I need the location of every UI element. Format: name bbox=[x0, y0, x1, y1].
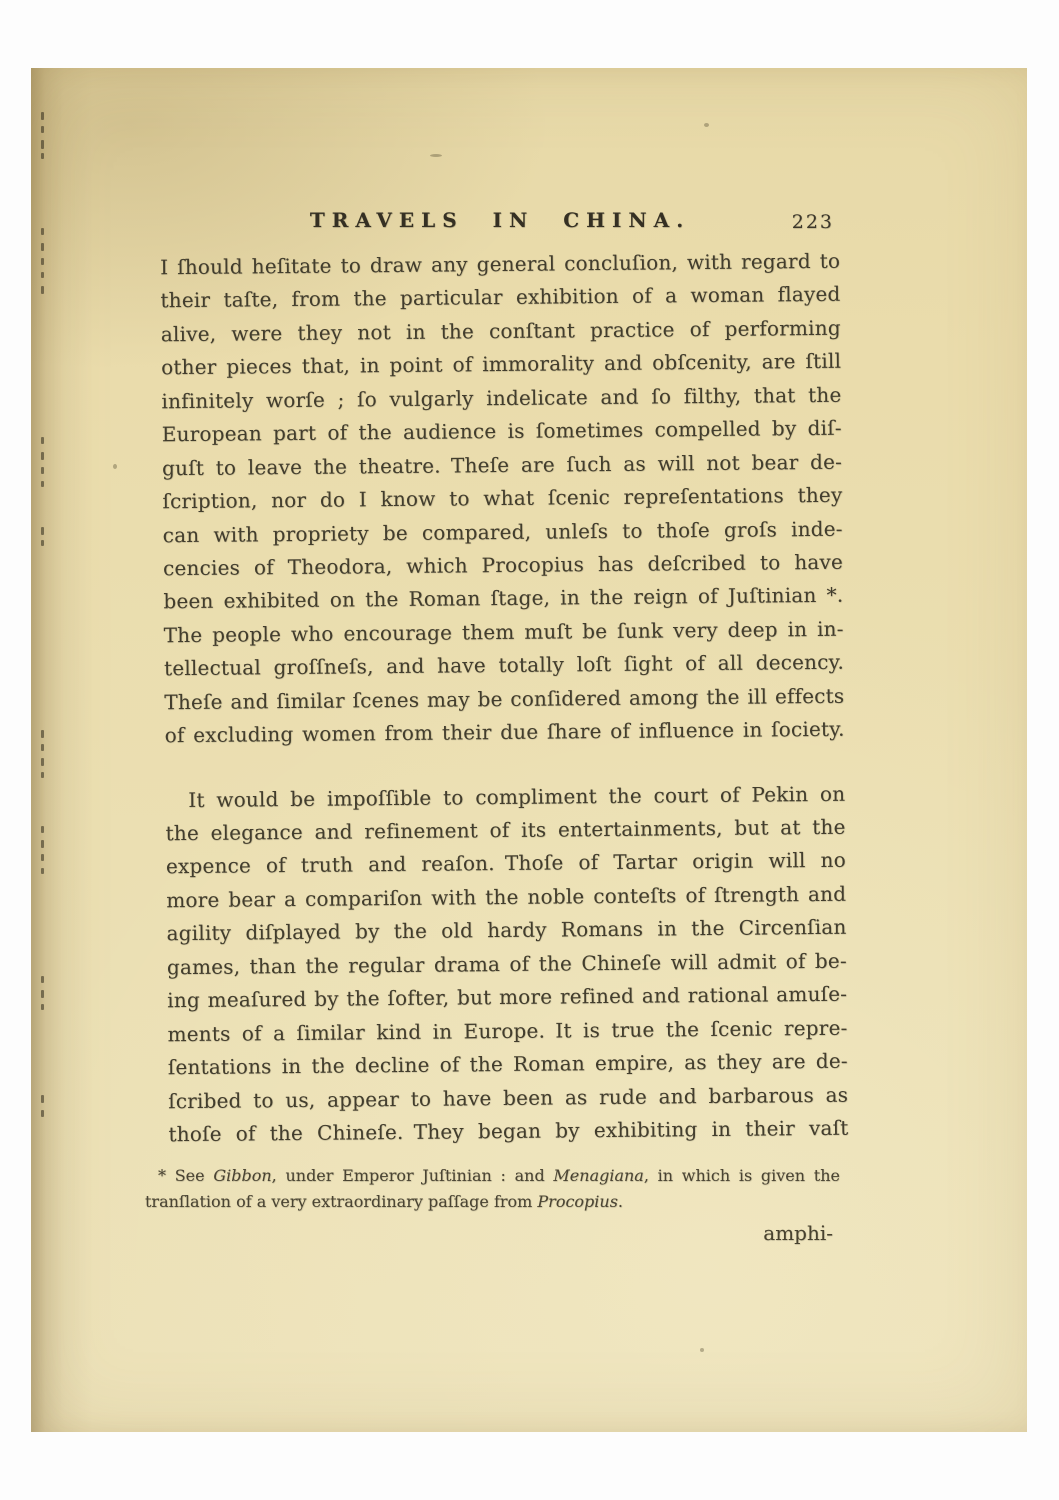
stitch-mark bbox=[41, 140, 44, 149]
stitch-mark bbox=[41, 730, 44, 738]
running-title: TRAVELS IN CHINA. bbox=[310, 208, 690, 232]
text-line: of excluding women from their due ſhare … bbox=[165, 713, 845, 753]
footnote-text: . bbox=[618, 1192, 623, 1211]
paper-speck bbox=[704, 123, 709, 127]
paper-speck bbox=[700, 1348, 704, 1352]
scan-background: TRAVELS IN CHINA. 223 I ſhould heſitate … bbox=[0, 0, 1059, 1500]
stitch-mark bbox=[41, 744, 44, 751]
stitch-mark bbox=[41, 1110, 44, 1117]
stitch-mark bbox=[41, 286, 44, 294]
footnote-italic-text: Menagiana bbox=[553, 1166, 643, 1185]
stitch-mark bbox=[41, 437, 44, 444]
paper-speck bbox=[113, 464, 117, 469]
scanned-book-page: TRAVELS IN CHINA. 223 I ſhould heſitate … bbox=[31, 68, 1027, 1432]
stitch-mark bbox=[41, 826, 44, 833]
footnote-line: tranſlation of a very extraordinary paſſ… bbox=[145, 1189, 840, 1215]
stitch-mark bbox=[41, 868, 44, 874]
body-text-block: I ſhould heſitate to draw any general co… bbox=[160, 245, 849, 1152]
stitch-mark bbox=[41, 228, 44, 235]
stitch-mark bbox=[41, 772, 44, 778]
stitch-mark bbox=[41, 126, 44, 133]
footnote-line: * See Gibbon, under Emperor Juſtinian : … bbox=[145, 1163, 840, 1189]
catchword: amphi- bbox=[763, 1221, 833, 1245]
stitch-mark bbox=[41, 481, 44, 487]
stitch-mark bbox=[41, 153, 44, 159]
stitch-mark bbox=[41, 467, 44, 474]
footnote-italic-text: Procopius bbox=[537, 1192, 618, 1211]
paper-speck bbox=[430, 154, 442, 157]
stitch-mark bbox=[41, 243, 44, 251]
stitch-mark bbox=[41, 758, 44, 766]
stitch-mark bbox=[41, 976, 44, 983]
paragraph: I ſhould heſitate to draw any general co… bbox=[160, 245, 845, 753]
stitch-mark bbox=[41, 527, 44, 535]
page-number: 223 bbox=[792, 211, 834, 233]
footnote-text: , in which is given the bbox=[644, 1166, 840, 1185]
footnote: * See Gibbon, under Emperor Juſtinian : … bbox=[145, 1163, 840, 1215]
paragraph: It would be impoſſible to compliment the… bbox=[165, 777, 848, 1151]
running-head: TRAVELS IN CHINA. 223 bbox=[160, 208, 840, 238]
stitch-mark bbox=[41, 1095, 44, 1103]
footnote-italic-text: Gibbon bbox=[213, 1166, 271, 1185]
stitch-mark bbox=[41, 272, 44, 278]
text-line: thoſe of the Chineſe. They began by exhi… bbox=[168, 1112, 848, 1152]
stitch-mark bbox=[41, 112, 44, 120]
stitch-mark bbox=[41, 1004, 44, 1010]
stitch-mark bbox=[41, 840, 44, 848]
stitch-mark bbox=[41, 540, 44, 546]
footnote-text: * See bbox=[158, 1166, 213, 1185]
footnote-text: tranſlation of a very extraordinary paſſ… bbox=[145, 1192, 537, 1211]
stitch-mark bbox=[41, 990, 44, 998]
stitch-mark bbox=[41, 258, 44, 265]
stitch-mark bbox=[41, 452, 44, 460]
footnote-text: , under Emperor Juſtinian : and bbox=[272, 1166, 554, 1185]
stitch-mark bbox=[41, 854, 44, 861]
